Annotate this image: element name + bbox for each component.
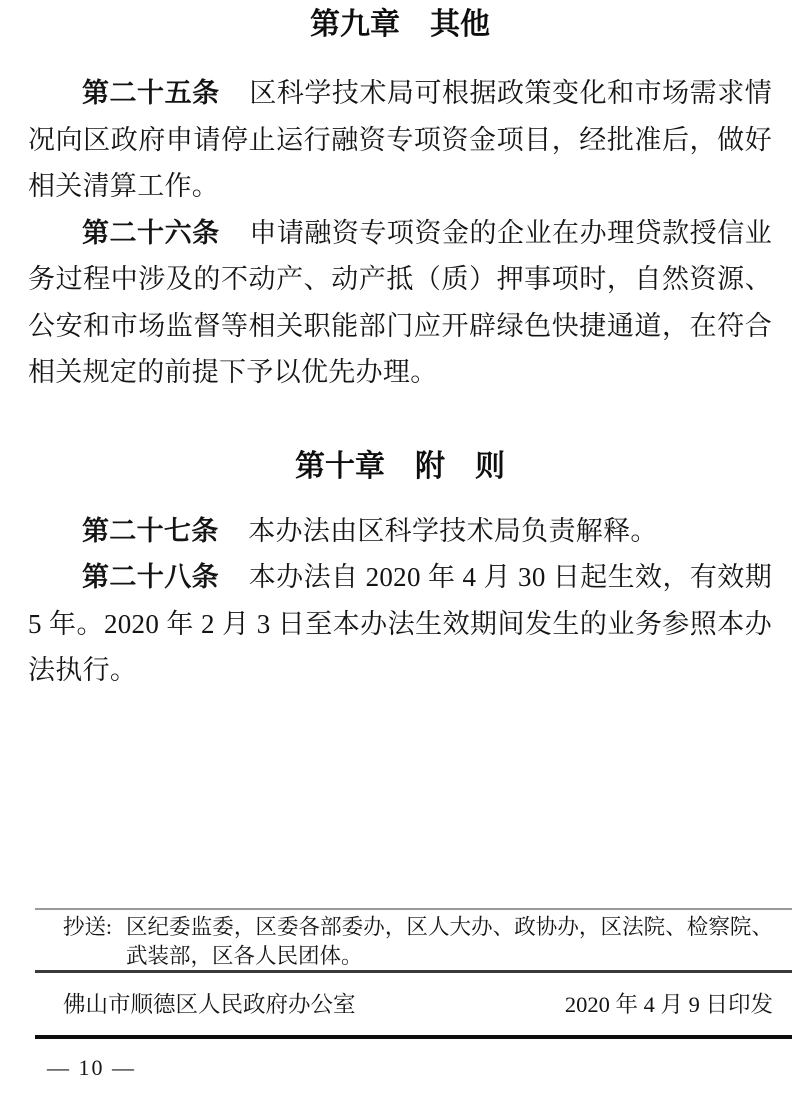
document-body: 第九章 其他 第二十五条区科学技术局可根据政策变化和市场需求情况向区政府申请停止… — [28, 0, 772, 694]
cc-label: 抄送: — [63, 913, 112, 942]
chapter-9-title: 第九章 其他 — [28, 6, 772, 44]
article-26: 第二十六条申请融资专项资金的企业在办理贷款授信业务过程中涉及的不动产、动产抵（质… — [28, 210, 772, 396]
article-25-label: 第二十五条 — [82, 78, 220, 108]
article-26-label: 第二十六条 — [82, 218, 220, 248]
article-27-label: 第二十七条 — [82, 516, 219, 546]
document-page: 第九章 其他 第二十五条区科学技术局可根据政策变化和市场需求情况向区政府申请停止… — [0, 0, 800, 1094]
cc-recipients: 区纪委监委，区委各部委办，区人大办、政协办，区法院、检察院、武装部，区各人民团体… — [126, 913, 773, 970]
footer-middle-rule — [35, 970, 792, 973]
issuing-office: 佛山市顺德区人民政府办公室 — [63, 989, 356, 1020]
footer-bottom-rule — [35, 1035, 792, 1039]
print-date: 2020 年 4 月 9 日印发 — [565, 989, 773, 1020]
issuer-row: 佛山市顺德区人民政府办公室 2020 年 4 月 9 日印发 — [63, 989, 773, 1020]
article-28-label: 第二十八条 — [82, 562, 219, 592]
article-27: 第二十七条本办法由区科学技术局负责解释。 — [28, 508, 772, 555]
chapter-10-title: 第十章 附 则 — [28, 448, 772, 486]
article-27-text: 本办法由区科学技术局负责解释。 — [248, 516, 658, 546]
cc-distribution-row: 抄送: 区纪委监委，区委各部委办，区人大办、政协办，区法院、检察院、武装部，区各… — [63, 913, 773, 970]
page-number: — 10 — — [47, 1053, 136, 1083]
article-25: 第二十五条区科学技术局可根据政策变化和市场需求情况向区政府申请停止运行融资专项资… — [28, 70, 772, 210]
footer-top-rule — [35, 908, 792, 910]
article-28: 第二十八条本办法自 2020 年 4 月 30 日起生效，有效期 5 年。202… — [28, 554, 772, 694]
